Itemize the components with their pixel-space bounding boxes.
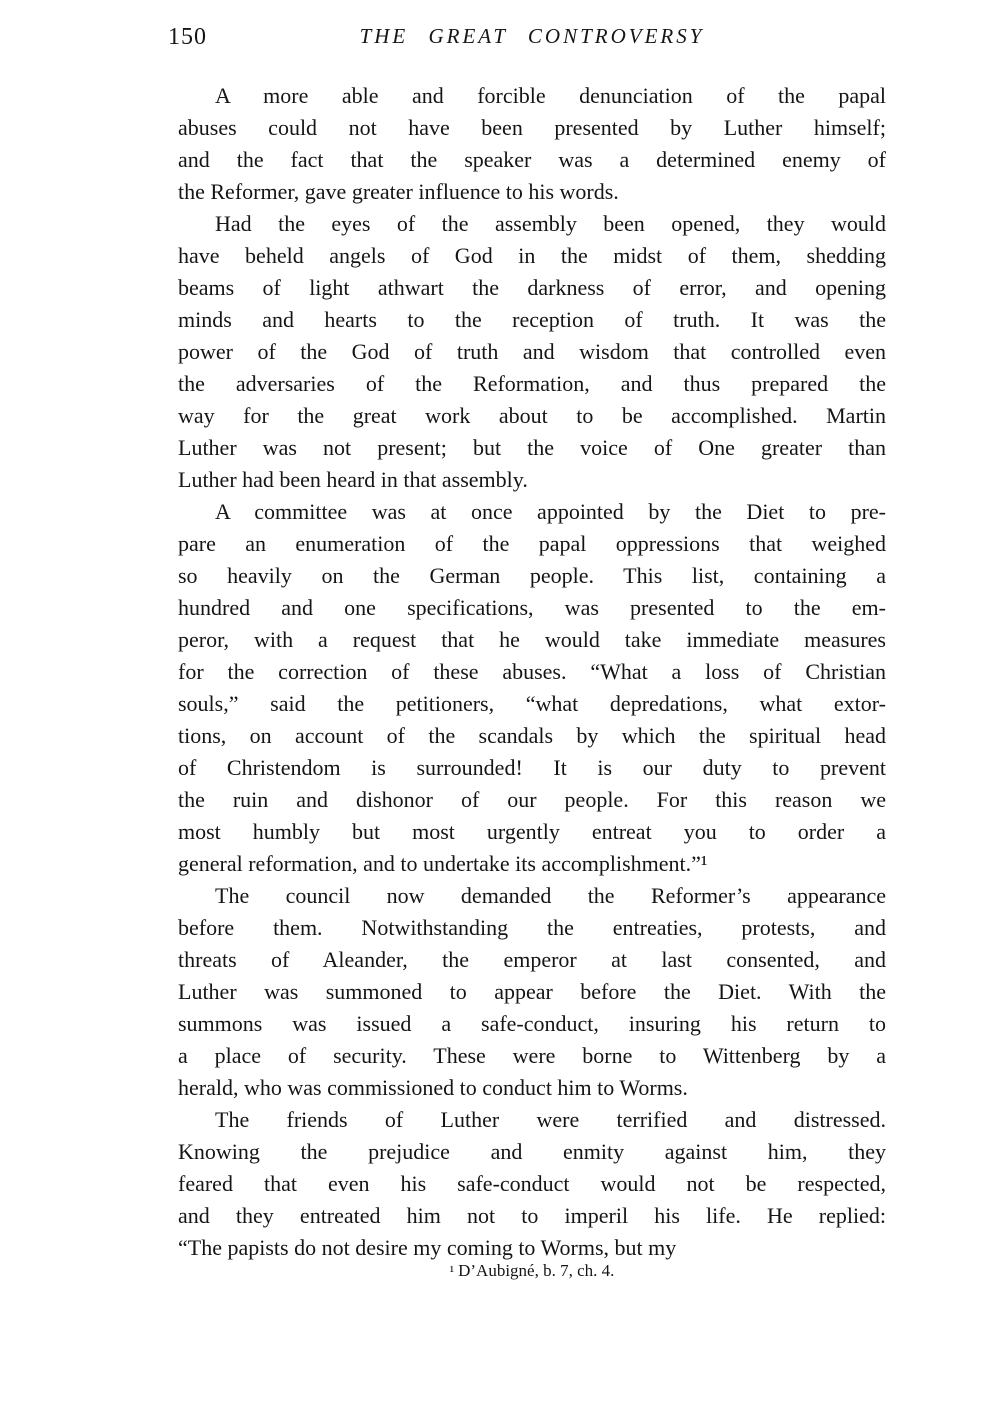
text-line: herald, who was commissioned to conduct …: [178, 1072, 886, 1104]
text-line: so heavily on the German people. This li…: [178, 560, 886, 592]
text-line: have beheld angels of God in the midst o…: [178, 240, 886, 272]
text-line: peror, with a request that he would take…: [178, 624, 886, 656]
text-line: souls,” said the petitioners, “what depr…: [178, 688, 886, 720]
text-line: hundred and one specifications, was pres…: [178, 592, 886, 624]
book-page: 150 THE GREAT CONTROVERSY A more able an…: [0, 0, 1000, 1413]
page-header: 150 THE GREAT CONTROVERSY: [178, 24, 886, 56]
text-line: before them. Notwithstanding the entreat…: [178, 912, 886, 944]
text-line: way for the great work about to be accom…: [178, 400, 886, 432]
text-line: tions, on account of the scandals by whi…: [178, 720, 886, 752]
text-line: and the fact that the speaker was a dete…: [178, 144, 886, 176]
text-line: Had the eyes of the assembly been opened…: [178, 208, 886, 240]
text-line: feared that even his safe-conduct would …: [178, 1168, 886, 1200]
running-title: THE GREAT CONTROVERSY: [178, 24, 886, 49]
text-line: Luther was not present; but the voice of…: [178, 432, 886, 464]
paragraph: A committee was at once appointed by the…: [178, 496, 886, 880]
paragraph: Had the eyes of the assembly been opened…: [178, 208, 886, 496]
text-line: pare an enumeration of the papal oppress…: [178, 528, 886, 560]
text-line: abuses could not have been presented by …: [178, 112, 886, 144]
text-line: the Reformer, gave greater influence to …: [178, 176, 886, 208]
text-line: and they entreated him not to imperil hi…: [178, 1200, 886, 1232]
footnote-marker: ¹: [450, 1264, 455, 1280]
text-line: The council now demanded the Reformer’s …: [178, 880, 886, 912]
footnote: ¹D’Aubigné, b. 7, ch. 4.: [178, 1258, 886, 1285]
page-number: 150: [168, 24, 207, 51]
paragraph: A more able and forcible denunciation of…: [178, 80, 886, 208]
text-line: threats of Aleander, the emperor at last…: [178, 944, 886, 976]
text-line: of Christendom is surrounded! It is our …: [178, 752, 886, 784]
text-line: for the correction of these abuses. “Wha…: [178, 656, 886, 688]
text-line: Knowing the prejudice and enmity against…: [178, 1136, 886, 1168]
paragraph: The friends of Luther were terrified and…: [178, 1104, 886, 1264]
text-line: The friends of Luther were terrified and…: [178, 1104, 886, 1136]
text-line: a place of security. These were borne to…: [178, 1040, 886, 1072]
text-line: most humbly but most urgently entreat yo…: [178, 816, 886, 848]
text-line: A committee was at once appointed by the…: [178, 496, 886, 528]
text-line: summons was issued a safe-conduct, insur…: [178, 1008, 886, 1040]
text-line: Luther was summoned to appear before the…: [178, 976, 886, 1008]
text-line: the adversaries of the Reformation, and …: [178, 368, 886, 400]
paragraph: The council now demanded the Reformer’s …: [178, 880, 886, 1104]
body-text: A more able and forcible denunciation of…: [178, 80, 886, 1264]
footnote-text: D’Aubigné, b. 7, ch. 4.: [458, 1261, 614, 1280]
text-line: minds and hearts to the reception of tru…: [178, 304, 886, 336]
text-line: general reformation, and to undertake it…: [178, 848, 886, 880]
text-line: the ruin and dishonor of our people. For…: [178, 784, 886, 816]
text-line: beams of light athwart the darkness of e…: [178, 272, 886, 304]
text-line: A more able and forcible denunciation of…: [178, 80, 886, 112]
text-line: Luther had been heard in that assembly.: [178, 464, 886, 496]
text-line: power of the God of truth and wisdom tha…: [178, 336, 886, 368]
